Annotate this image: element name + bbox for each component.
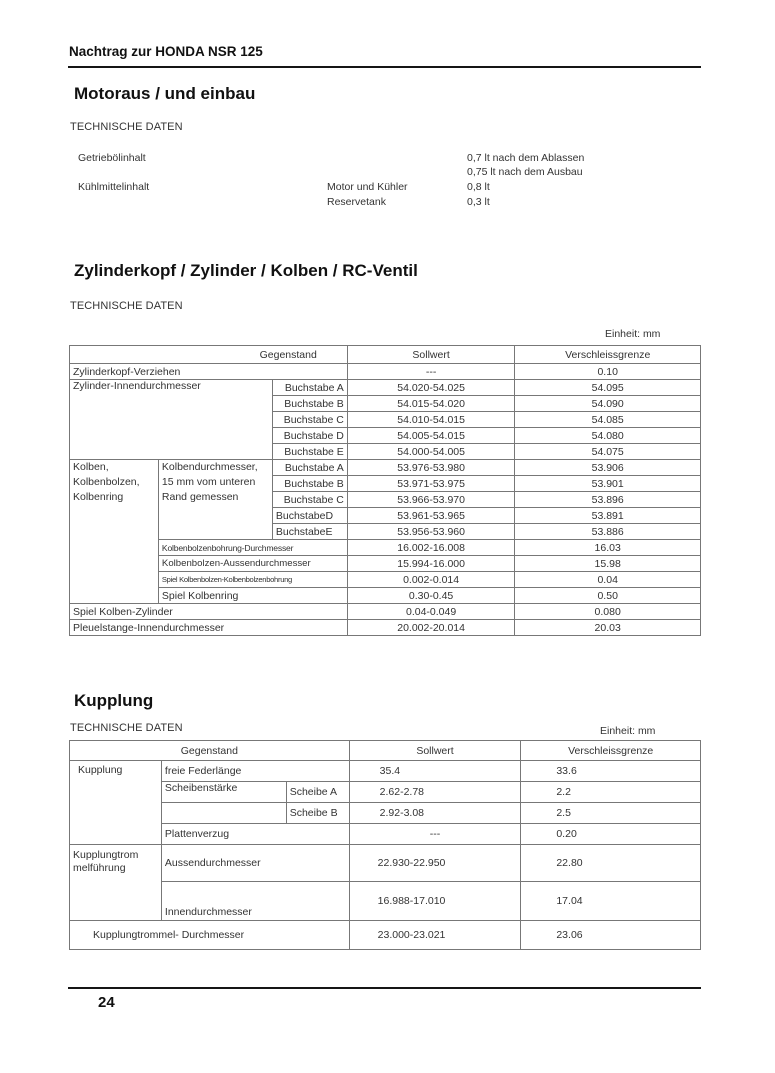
sollwert: 0.002-0.014: [347, 572, 515, 588]
grenzwert: 0.080: [515, 604, 701, 620]
kuehlmittel-label: Kühlmittelinhalt: [78, 181, 149, 193]
sollwert: 53.956-53.960: [347, 524, 515, 540]
grade-label: Buchstabe E: [272, 444, 347, 460]
table-row: Spiel Kolbenring 0.30-0.45 0.50: [70, 588, 701, 604]
sollwert: 16.002-16.008: [347, 540, 515, 556]
grenzwert: 23.06: [521, 921, 701, 950]
sollwert: 54.020-54.025: [347, 380, 515, 396]
section-subtitle-kupplung: TECHNISCHE DATEN: [70, 722, 183, 734]
grenzwert: 0.04: [515, 572, 701, 588]
grenzwert: 53.896: [515, 492, 701, 508]
item-label: Spiel Kolbenring: [158, 588, 347, 604]
grade-label: Buchstabe B: [272, 476, 347, 492]
grade-label: Buchstabe C: [272, 412, 347, 428]
grenzwert: 16.03: [515, 540, 701, 556]
sollwert: 53.976-53.980: [347, 460, 515, 476]
grenzwert: 54.085: [515, 412, 701, 428]
grenzwert: 33.6: [521, 761, 701, 782]
table-row: Scheibe B 2.92-3.08 2.5: [70, 803, 701, 824]
table-row: Zylinder-Innendurchmesser Buchstabe A 54…: [70, 380, 701, 396]
sollwert: 53.961-53.965: [347, 508, 515, 524]
table-row: Kupplung freie Federlänge 35.4 33.6: [70, 761, 701, 782]
grenzwert: 0.20: [521, 824, 701, 845]
grenzwert: 54.075: [515, 444, 701, 460]
table-header-row: Gegenstand Sollwert Verschleissgrenze: [70, 741, 701, 761]
col-verschleissgrenze: Verschleissgrenze: [515, 346, 701, 364]
sollwert: 54.000-54.005: [347, 444, 515, 460]
kupplung-spec-table: Gegenstand Sollwert Verschleissgrenze Ku…: [69, 740, 701, 950]
col-gegenstand: Gegenstand: [70, 741, 350, 761]
sollwert: 54.005-54.015: [347, 428, 515, 444]
item-label: freie Federlänge: [161, 761, 349, 782]
grenzwert: 0.10: [515, 364, 701, 380]
kuehlmittel-value-motor: 0,8 lt: [467, 181, 490, 193]
grenzwert: 54.095: [515, 380, 701, 396]
sollwert: 53.966-53.970: [347, 492, 515, 508]
col-sollwert: Sollwert: [349, 741, 521, 761]
item-label: Zylinder-Innendurchmesser: [70, 380, 273, 460]
sollwert: 2.92-3.08: [349, 803, 521, 824]
running-header: Nachtrag zur HONDA NSR 125: [69, 44, 263, 59]
zylinder-spec-table: Gegenstand Sollwert Verschleissgrenze Zy…: [69, 345, 701, 636]
table-row: Zylinderkopf-Verziehen --- 0.10: [70, 364, 701, 380]
grenzwert: 15.98: [515, 556, 701, 572]
table-row: Kolben, Kolbenbolzen, Kolbenring Kolbend…: [70, 460, 701, 476]
sollwert: ---: [349, 824, 521, 845]
section-title-zylinder: Zylinderkopf / Zylinder / Kolben / RC-Ve…: [74, 261, 418, 281]
sollwert: 2.62-2.78: [349, 782, 521, 803]
item-label: Pleuelstange-Innendurchmesser: [70, 620, 348, 636]
grade-label: Buchstabe B: [272, 396, 347, 412]
sollwert: ---: [347, 364, 515, 380]
item-label: Spiel Kolben-Zylinder: [70, 604, 348, 620]
kuehlmittel-value-reserve: 0,3 lt: [467, 196, 490, 208]
grade-label: BuchstabeE: [272, 524, 347, 540]
sollwert: 0.04-0.049: [347, 604, 515, 620]
sollwert: 23.000-23.021: [349, 921, 521, 950]
table-row: Kolbenbolzenbohrung-Durchmesser 16.002-1…: [70, 540, 701, 556]
sollwert: 22.930-22.950: [349, 845, 521, 882]
grade-label: Buchstabe D: [272, 428, 347, 444]
grenzwert: 2.2: [521, 782, 701, 803]
getriebeoel-label: Getriebölinhalt: [78, 152, 146, 164]
table-row: Kupplungtrom melführung Aussendurchmesse…: [70, 845, 701, 882]
grade-label: Buchstabe C: [272, 492, 347, 508]
table-row: Kupplungtrommel- Durchmesser 23.000-23.0…: [70, 921, 701, 950]
kuehlmittel-sub-motor: Motor und Kühler: [327, 181, 408, 193]
grenzwert: 53.906: [515, 460, 701, 476]
sollwert: 53.971-53.975: [347, 476, 515, 492]
unit-label-zylinder: Einheit: mm: [605, 328, 660, 340]
getriebeoel-value-ausbau: 0,75 lt nach dem Ausbau: [467, 166, 583, 178]
grenzwert: 0.50: [515, 588, 701, 604]
item-label: Plattenverzug: [161, 824, 349, 845]
item-label: Zylinderkopf-Verziehen: [70, 364, 348, 380]
col-verschleissgrenze: Verschleissgrenze: [521, 741, 701, 761]
table-row: Scheibenstärke Scheibe A 2.62-2.78 2.2: [70, 782, 701, 803]
scheibe-label: Scheibenstärke: [161, 782, 286, 803]
grade-label: BuchstabeD: [272, 508, 347, 524]
col-sollwert: Sollwert: [347, 346, 515, 364]
footer-rule: [68, 987, 701, 989]
diameter-label: Kolbendurchmesser, 15 mm vom unteren Ran…: [158, 460, 272, 540]
grenzwert: 22.80: [521, 845, 701, 882]
empty-cell: [161, 803, 286, 824]
grenzwert: 53.891: [515, 508, 701, 524]
grenzwert: 54.090: [515, 396, 701, 412]
item-label: Innendurchmesser: [161, 882, 349, 921]
sollwert: 0.30-0.45: [347, 588, 515, 604]
group-label: Kupplung: [70, 761, 162, 845]
header-rule: [68, 66, 701, 68]
sollwert: 15.994-16.000: [347, 556, 515, 572]
unit-label-kupplung: Einheit: mm: [600, 725, 655, 737]
col-gegenstand: Gegenstand: [70, 346, 348, 364]
sollwert: 35.4: [349, 761, 521, 782]
table-row: Innendurchmesser 16.988-17.010 17.04: [70, 882, 701, 921]
sollwert: 54.010-54.015: [347, 412, 515, 428]
grenzwert: 54.080: [515, 428, 701, 444]
item-label: Kupplungtrommel- Durchmesser: [70, 921, 350, 950]
grenzwert: 20.03: [515, 620, 701, 636]
item-label: Aussendurchmesser: [161, 845, 349, 882]
table-row: Spiel Kolbenbolzen-Kolbenbolzenbohrung 0…: [70, 572, 701, 588]
group-label: Kupplungtrom melführung: [70, 845, 162, 921]
grenzwert: 17.04: [521, 882, 701, 921]
section-subtitle-motor: TECHNISCHE DATEN: [70, 121, 183, 133]
section-title-kupplung: Kupplung: [74, 691, 153, 711]
table-row: Plattenverzug --- 0.20: [70, 824, 701, 845]
grenzwert: 53.886: [515, 524, 701, 540]
sollwert: 54.015-54.020: [347, 396, 515, 412]
table-row: Kolbenbolzen-Aussendurchmesser 15.994-16…: [70, 556, 701, 572]
grenzwert: 2.5: [521, 803, 701, 824]
section-subtitle-zylinder: TECHNISCHE DATEN: [70, 300, 183, 312]
table-header-row: Gegenstand Sollwert Verschleissgrenze: [70, 346, 701, 364]
grenzwert: 53.901: [515, 476, 701, 492]
sollwert: 16.988-17.010: [349, 882, 521, 921]
group-label: Kolben, Kolbenbolzen, Kolbenring: [70, 460, 159, 604]
sollwert: 20.002-20.014: [347, 620, 515, 636]
item-label: Kolbenbolzen-Aussendurchmesser: [158, 556, 347, 572]
kuehlmittel-sub-reserve: Reservetank: [327, 196, 386, 208]
item-label: Scheibe B: [286, 803, 349, 824]
page-number: 24: [98, 994, 115, 1011]
getriebeoel-value-ablassen: 0,7 lt nach dem Ablassen: [467, 152, 584, 164]
table-row: Pleuelstange-Innendurchmesser 20.002-20.…: [70, 620, 701, 636]
item-label: Scheibe A: [286, 782, 349, 803]
grade-label: Buchstabe A: [272, 380, 347, 396]
item-label: Kolbenbolzenbohrung-Durchmesser: [158, 540, 347, 556]
grade-label: Buchstabe A: [272, 460, 347, 476]
section-title-motor: Motoraus / und einbau: [74, 84, 255, 104]
item-label: Spiel Kolbenbolzen-Kolbenbolzenbohrung: [158, 572, 347, 588]
table-row: Spiel Kolben-Zylinder 0.04-0.049 0.080: [70, 604, 701, 620]
